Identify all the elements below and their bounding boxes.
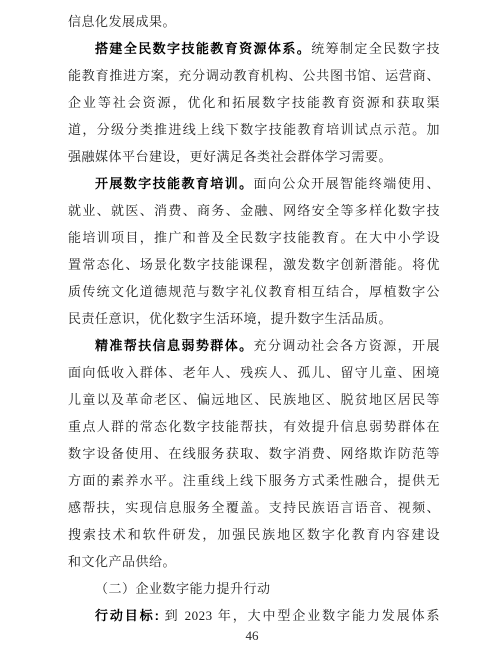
text-line: 和文化产品供给。 (68, 548, 440, 575)
paragraph-text: 统筹制定全民数字技 (311, 41, 440, 56)
paragraph-text: 充分调动社会各方资源，开展 (254, 338, 440, 353)
text-line: 能教育推进方案，充分调动教育机构、公共图书馆、运营商、 (68, 62, 440, 89)
text-line: 感帮扶，实现信息服务全覆盖。支持民族语言语音、视频、 (68, 494, 440, 521)
text-line: 置常态化、场景化数字技能课程，激发数字创新潜能。将优 (68, 251, 440, 278)
paragraph-text: 到 2023 年，大中型企业数字能力发展体系 (159, 608, 440, 623)
text-line: 数字设备使用、在线服务获取、数字消费、网络欺诈防范等 (68, 440, 440, 467)
text-line: 民责任意识，优化数字生活环境，提升数字生活品质。 (68, 305, 440, 332)
text-line: 面向低收入群体、老年人、残疾人、孤儿、留守儿童、困境 (68, 359, 440, 386)
text-line: 方面的素养水平。注重线上线下服务方式柔性融合，提供无 (68, 467, 440, 494)
text-line: 精准帮扶信息弱势群体。充分调动社会各方资源，开展 (68, 332, 440, 359)
paragraph-bold-lead: 行动目标: (95, 608, 159, 623)
text-line: 强融媒体平台建设，更好满足各类社会群体学习需要。 (68, 143, 440, 170)
text-line: 行动目标: 到 2023 年，大中型企业数字能力发展体系 (68, 602, 440, 629)
paragraph-bold-lead: 精准帮扶信息弱势群体。 (95, 338, 254, 353)
text-line: （二）企业数字能力提升行动 (68, 575, 440, 602)
document-page: 信息化发展成果。搭建全民数字技能教育资源体系。统筹制定全民数字技能教育推进方案，… (0, 0, 504, 668)
text-line: 重点人群的常态化数字技能帮扶，有效提升信息弱势群体在 (68, 413, 440, 440)
text-line: 就业、就医、消费、商务、金融、网络安全等多样化数字技 (68, 197, 440, 224)
text-line: 质传统文化道德规范与数字礼仪教育相互结合，厚植数字公 (68, 278, 440, 305)
text-line: 搭建全民数字技能教育资源体系。统筹制定全民数字技 (68, 35, 440, 62)
text-line: 搜索技术和软件研发，加强民族地区数字化教育内容建设 (68, 521, 440, 548)
page-number: 46 (0, 626, 504, 646)
paragraph-bold-lead: 搭建全民数字技能教育资源体系。 (95, 41, 311, 56)
document-text-block: 信息化发展成果。搭建全民数字技能教育资源体系。统筹制定全民数字技能教育推进方案，… (68, 8, 440, 629)
text-line: 儿童以及革命老区、偏远地区、民族地区、脱贫地区居民等 (68, 386, 440, 413)
paragraph-text: 面向公众开展智能终端使用、 (254, 176, 440, 191)
text-line: 开展数字技能教育培训。面向公众开展智能终端使用、 (68, 170, 440, 197)
text-line: 能培训项目，推广和普及全民数字技能教育。在大中小学设 (68, 224, 440, 251)
paragraph-bold-lead: 开展数字技能教育培训。 (95, 176, 254, 191)
text-line: 企业等社会资源，优化和拓展数字技能教育资源和获取渠 (68, 89, 440, 116)
text-line: 信息化发展成果。 (68, 8, 440, 35)
text-line: 道，分级分类推进线上线下数字技能教育培训试点示范。加 (68, 116, 440, 143)
